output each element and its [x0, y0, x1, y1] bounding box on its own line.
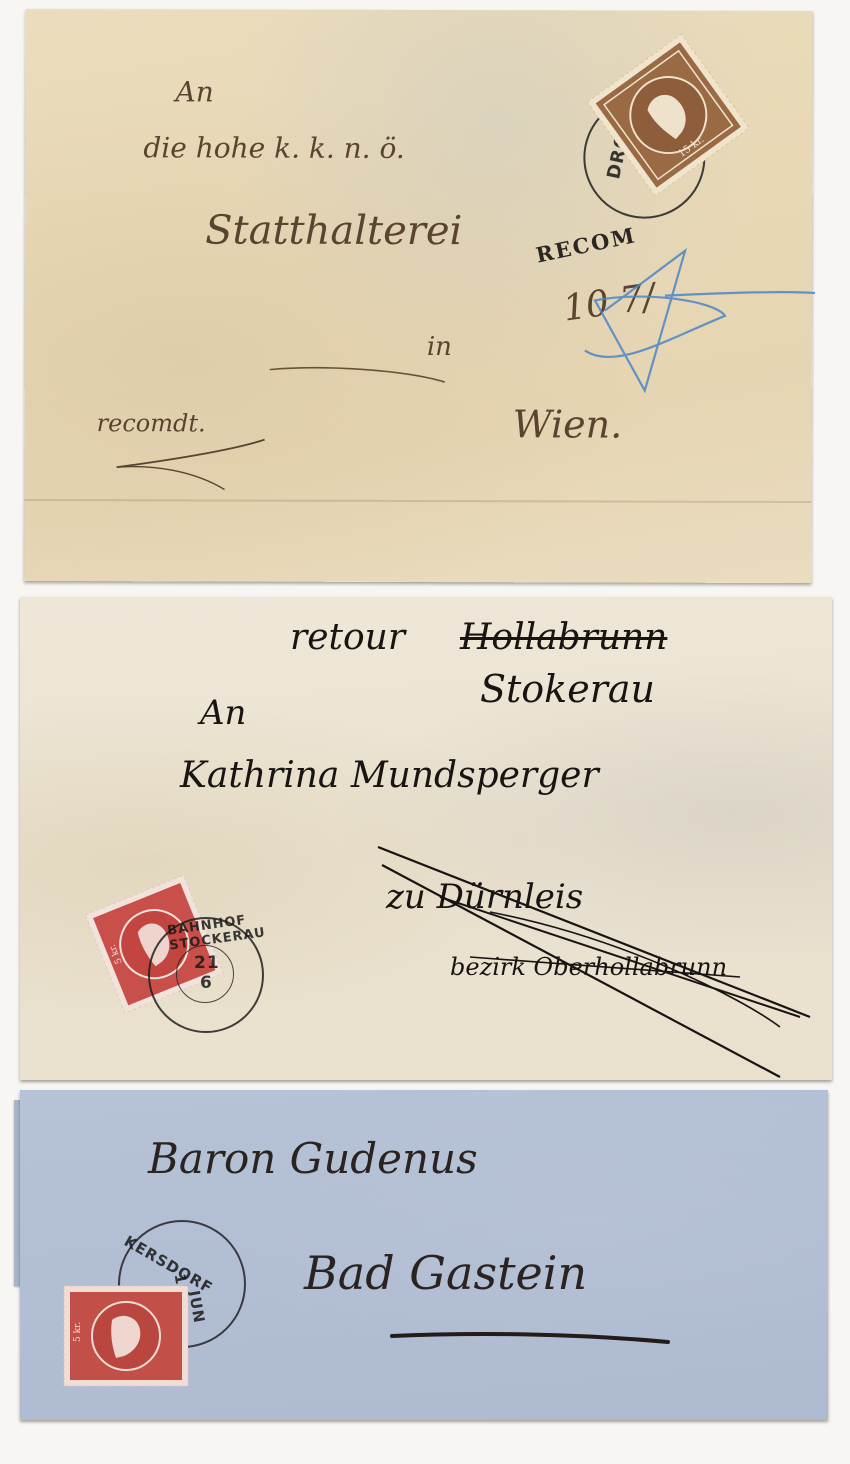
- postmark-bahnhof-stockerau: BAHNHOF STOCKERAU 21 6: [148, 917, 264, 1033]
- stamp-portrait-icon: 5 kr.: [62, 1284, 190, 1388]
- cover-redirected-stockerau: retour Stokerau Hollabrunn An Kathrina M…: [20, 597, 832, 1080]
- svg-text:5 kr.: 5 kr.: [73, 1322, 83, 1342]
- cover-bad-gastein: Baron Gudenus Bad Gastein KERSDORF 12 JU…: [20, 1090, 828, 1420]
- postmark-day: 21: [194, 953, 220, 973]
- cover-registered-wien: An die hohe k. k. n. ö. Statthalterei in…: [24, 9, 812, 583]
- stamp-5kr: 5 kr.: [62, 1284, 190, 1392]
- postmark-month: 6: [200, 973, 213, 993]
